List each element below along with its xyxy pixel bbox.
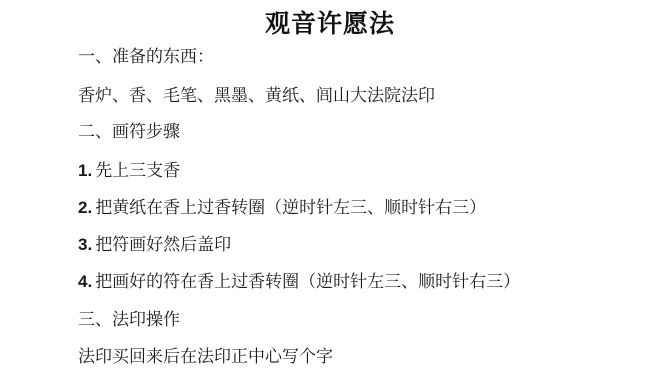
step-text: 把符画好然后盖印 [95, 235, 231, 255]
step-text: 先上三支香 [95, 161, 180, 181]
line-text: 三、法印操作 [78, 310, 180, 330]
seal-instruction-line: 法印买回来后在法印正中心写个字 [78, 346, 333, 368]
step-item: 2.把黄纸在香上过香转圈（逆时针左三、顺时针右三） [78, 197, 486, 219]
section-heading-seal: 三、法印操作 [78, 309, 180, 331]
line-text: 二、画符步骤 [78, 122, 180, 142]
step-item: 1.先上三支香 [78, 160, 180, 182]
section-heading-prep: 一、准备的东西： [78, 46, 214, 68]
step-text: 把画好的符在香上过香转圈（逆时针左三、顺时针右三） [95, 272, 520, 292]
line-text: 香炉、香、毛笔、黑墨、黄纸、闾山大法院法印 [78, 86, 435, 106]
step-number: 4. [78, 272, 92, 291]
items-list-line: 香炉、香、毛笔、黑墨、黄纸、闾山大法院法印 [78, 85, 435, 107]
step-number: 3. [78, 235, 92, 254]
step-text: 把黄纸在香上过香转圈（逆时针左三、顺时针右三） [95, 198, 486, 218]
document-title: 观音许愿法 [0, 4, 660, 40]
line-text: 法印买回来后在法印正中心写个字 [78, 347, 333, 367]
section-heading-steps: 二、画符步骤 [78, 121, 180, 143]
step-item: 3.把符画好然后盖印 [78, 234, 231, 256]
step-number: 2. [78, 198, 92, 217]
step-item: 4.把画好的符在香上过香转圈（逆时针左三、顺时针右三） [78, 271, 520, 293]
line-text: 一、准备的东西： [78, 47, 214, 67]
step-number: 1. [78, 161, 92, 180]
document-page: 观音许愿法 一、准备的东西： 香炉、香、毛笔、黑墨、黄纸、闾山大法院法印 二、画… [0, 0, 660, 387]
